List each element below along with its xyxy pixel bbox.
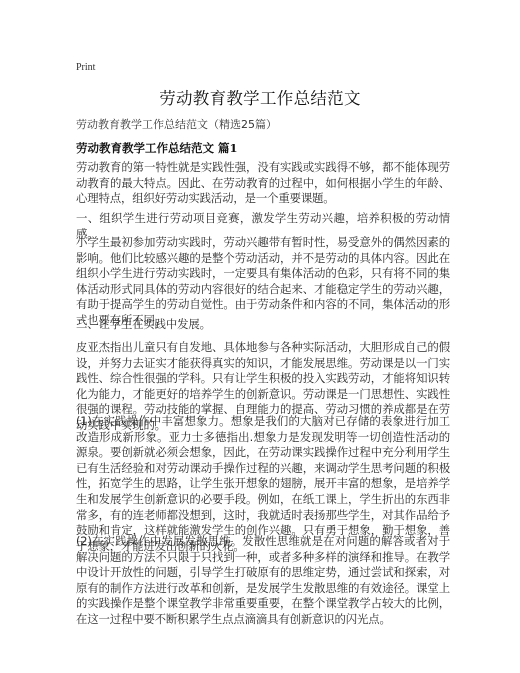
document-title: 劳动教育教学工作总结范文 [0,85,520,109]
paragraph-intro: 劳动教育的第一特性就是实践性强，没有实践或实践得不够，都不能体现劳动教育的最大特… [76,160,450,207]
paragraph-divergent-thinking: (2)在实践操作中发展发散思维。发散性思维就是在对问题的解答或者对于解决问题的方… [76,534,450,628]
document-subtitle: 劳动教育教学工作总结范文（精选25篇） [76,116,277,132]
section-heading: 劳动教育教学工作总结范文 篇1 [76,140,238,156]
print-label[interactable]: Print [76,62,95,73]
paragraph-heading-two: 二、让学生在实践中发展。 [76,317,450,333]
paragraph-interest: 小学生最初参加劳动实践时，劳动兴趣带有暂时性，易受意外的偶然因素的影响。他们比较… [76,235,450,329]
